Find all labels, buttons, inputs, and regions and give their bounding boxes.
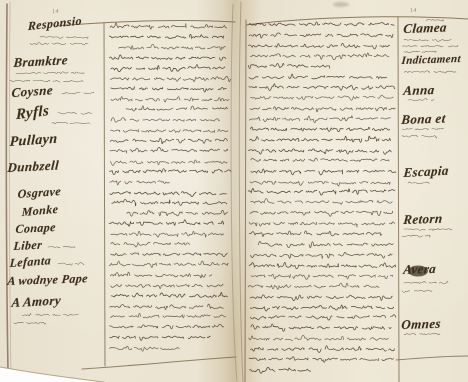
margin-heading-right-retorn: Retorn (403, 212, 443, 226)
margin-heading-right-escapia: Escapia (403, 164, 449, 179)
margin-gloss (402, 235, 430, 237)
margin-gloss (58, 262, 84, 265)
margin-gloss (402, 290, 432, 292)
margin-heading-left-coysne: Coysne (11, 83, 53, 99)
margin-heading-right-omnes: Omnes (401, 317, 442, 331)
left-page-text (109, 23, 231, 351)
margin-heading-left-conape: Conape (15, 221, 56, 235)
right-folio-mark: 14 (410, 8, 417, 14)
ink-smudge (333, 2, 349, 7)
margin-gloss (62, 92, 94, 94)
margin-heading-left-liber: Liber (13, 238, 42, 252)
manuscript-photo: 14 14 ResponsioBramktreCoysneRyflsPullay… (0, 0, 468, 382)
margin-gloss (48, 246, 75, 247)
margin-gloss (408, 98, 434, 100)
margin-gloss (404, 71, 456, 73)
margin-gloss (408, 182, 429, 184)
margin-gloss (40, 36, 88, 38)
left-folio-mark: 14 (52, 9, 59, 15)
margin-heading-left-a-amory: A Amory (11, 293, 61, 309)
margin-heading-right-avera: Avera (403, 262, 437, 276)
margin-heading-left-lefanta: Lefanta (9, 254, 51, 269)
margin-gloss (404, 39, 451, 41)
margin-heading-left-monke: Monke (22, 203, 59, 218)
margin-gloss (14, 322, 46, 324)
margin-gloss (404, 51, 436, 52)
margin-heading-left-a-wodnye-pape: A wodnye Pape (7, 272, 89, 287)
margin-heading-left-dunbzell: Dunbzell (7, 158, 59, 174)
margin-gloss (58, 112, 92, 114)
margin-gloss (404, 333, 440, 335)
right-page-text (248, 22, 396, 373)
margin-heading-right-bona-et: Bona et (401, 111, 446, 126)
margin-glosses (10, 19, 458, 334)
margin-heading-right-anna: Anna (403, 83, 435, 97)
margin-heading-right-clamea: Clamea (403, 20, 448, 35)
margin-gloss (404, 229, 452, 231)
margin-gloss (16, 72, 84, 74)
margin-heading-left-osgrave: Osgrave (17, 185, 61, 200)
margin-heading-right-indictament: Indictament (401, 54, 461, 67)
manuscript-drawing (0, 0, 468, 382)
margin-gloss (402, 45, 458, 47)
margin-gloss (22, 314, 78, 316)
margin-gloss (402, 135, 437, 138)
margin-gloss (30, 42, 88, 44)
margin-gloss (404, 281, 448, 283)
margin-gloss (402, 128, 444, 130)
margin-gloss (52, 122, 90, 123)
margin-heading-left-bramktre: Bramktre (13, 53, 68, 69)
